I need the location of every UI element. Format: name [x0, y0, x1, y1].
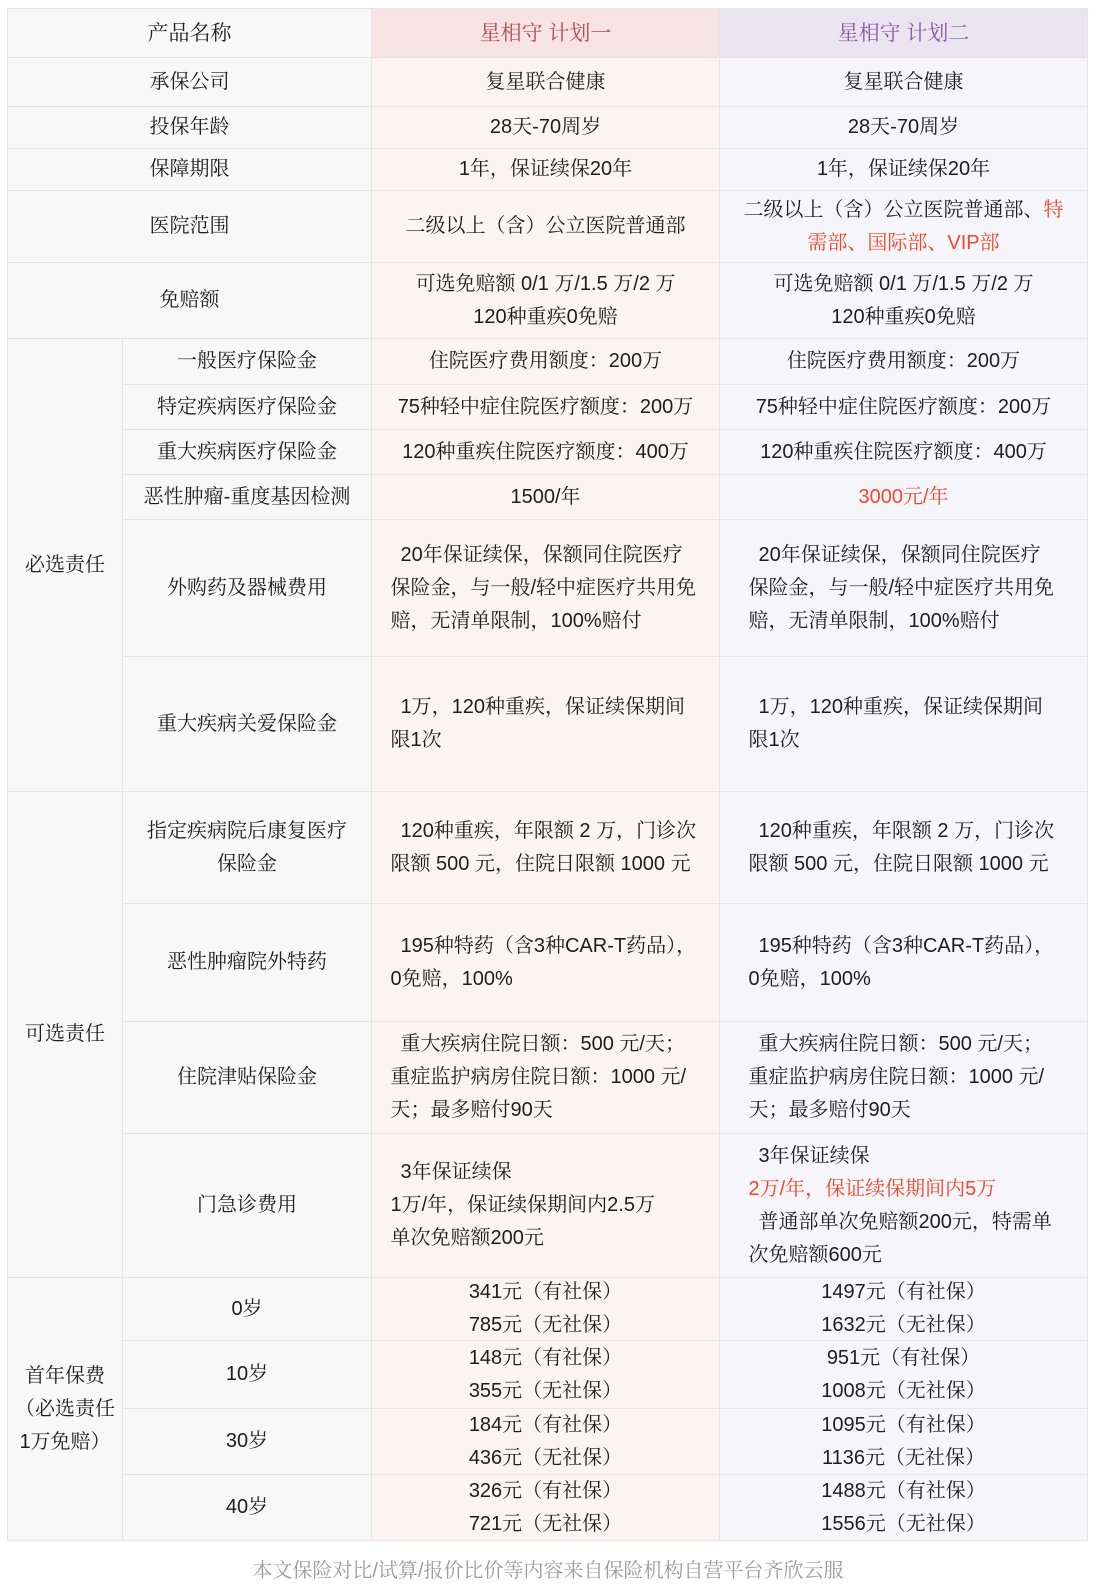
- age-10-label: 10岁: [123, 1341, 372, 1409]
- plan2-hospital-allowance: 重大疾病住院日额：500 元/天；重症监护病房住院日额：1000 元/天；最多赔…: [720, 1022, 1088, 1134]
- plan1-specific-disease: 75种轻中症住院医疗额度：200万: [372, 385, 720, 430]
- plan2-external-drug: 20年保证续保，保额同住院医疗保险金，与一般/轻中症医疗共用免赔，无清单限制，1…: [720, 520, 1088, 657]
- age-30-label: 30岁: [123, 1409, 372, 1475]
- outpatient-emergency-label: 门急诊费用: [123, 1134, 372, 1278]
- plan1-coverage-term: 1年，保证续保20年: [372, 149, 720, 191]
- plan1-deductible: 可选免赔额 0/1 万/1.5 万/2 万 120种重疾0免赔: [372, 263, 720, 339]
- plan2-special-drug: 195种特药（含3种CAR-T药品），0免赔，100%: [720, 904, 1088, 1022]
- plan1-hospital-allowance: 重大疾病住院日额：500 元/天；重症监护病房住院日额：1000 元/天；最多赔…: [372, 1022, 720, 1134]
- insurer-label: 承保公司: [8, 58, 372, 107]
- age-0-label: 0岁: [123, 1278, 372, 1341]
- plan1-entry-age: 28天-70周岁: [372, 107, 720, 149]
- deductible-line1: 可选免赔额 0/1 万/1.5 万/2 万: [415, 268, 675, 301]
- plan1-rehab-medical: 120种重疾，年限额 2 万，门诊次限额 500 元，住院日限额 1000 元: [372, 792, 720, 904]
- plan1-insurer: 复星联合健康: [372, 58, 720, 107]
- critical-care-benefit-label: 重大疾病关爱保险金: [123, 657, 372, 792]
- plan1-premium-age-30: 184元（有社保） 436元（无社保）: [372, 1409, 720, 1475]
- plan2-rehab-medical: 120种重疾，年限额 2 万，门诊次限额 500 元，住院日限额 1000 元: [720, 792, 1088, 904]
- coverage-term-label: 保障期限: [8, 149, 372, 191]
- external-drug-label: 外购药及器械费用: [123, 520, 372, 657]
- plan1-hospital-scope: 二级以上（含）公立医院普通部: [372, 191, 720, 263]
- plan1-critical-illness-medical: 120种重疾住院医疗额度：400万: [372, 430, 720, 475]
- plan2-premium-age-10: 951元（有社保） 1008元（无社保）: [720, 1341, 1088, 1409]
- deductible-line1: 可选免赔额 0/1 万/1.5 万/2 万: [773, 268, 1033, 301]
- general-medical-label: 一般医疗保险金: [123, 339, 372, 385]
- special-drug-label: 恶性肿瘤院外特药: [123, 904, 372, 1022]
- plan1-general-medical: 住院医疗费用额度：200万: [372, 339, 720, 385]
- plan2-entry-age: 28天-70周岁: [720, 107, 1088, 149]
- insurance-comparison-table: 产品名称 星相守 计划一 星相守 计划二 承保公司 复星联合健康 复星联合健康 …: [7, 8, 1089, 1541]
- plan2-general-medical: 住院医疗费用额度：200万: [720, 339, 1088, 385]
- plan1-header: 星相守 计划一: [372, 9, 720, 58]
- source-note: 本文保险对比/试算/报价比价等内容来自保险机构自营平台齐欣云服: [0, 1554, 1096, 1583]
- plan2-premium-age-0: 1497元（有社保） 1632元（无社保）: [720, 1278, 1088, 1341]
- entry-age-label: 投保年龄: [8, 107, 372, 149]
- product-name-label: 产品名称: [8, 9, 372, 58]
- premium-group-label: 首年保费 （必选责任 1万免赔）: [8, 1278, 123, 1541]
- hospital-scope-label: 医院范围: [8, 191, 372, 263]
- plan1-premium-age-0: 341元（有社保） 785元（无社保）: [372, 1278, 720, 1341]
- critical-illness-medical-label: 重大疾病医疗保险金: [123, 430, 372, 475]
- age-40-label: 40岁: [123, 1475, 372, 1541]
- deductible-label: 免赔额: [8, 263, 372, 339]
- gene-test-label: 恶性肿瘤-重度基因检测: [123, 475, 372, 520]
- plan2-critical-illness-medical: 120种重疾住院医疗额度：400万: [720, 430, 1088, 475]
- plan2-outpatient-emergency: 3年保证续保 2万/年，保证续保期间内5万 普通部单次免赔额200元，特需单次免…: [720, 1134, 1088, 1278]
- plan2-critical-care-benefit: 1万，120种重疾，保证续保期间限1次: [720, 657, 1088, 792]
- required-group-label: 必选责任: [8, 339, 123, 792]
- deductible-line2: 120种重疾0免赔: [473, 301, 618, 334]
- plan1-external-drug: 20年保证续保，保额同住院医疗保险金，与一般/轻中症医疗共用免赔，无清单限制，1…: [372, 520, 720, 657]
- plan2-hospital-scope: 二级以上（含）公立医院普通部、特需部、国际部、VIP部: [720, 191, 1088, 263]
- hospital-scope-normal: 二级以上（含）公立医院普通部、: [744, 199, 1044, 221]
- plan2-insurer: 复星联合健康: [720, 58, 1088, 107]
- plan1-premium-age-40: 326元（有社保） 721元（无社保）: [372, 1475, 720, 1541]
- plan2-premium-age-40: 1488元（有社保） 1556元（无社保）: [720, 1475, 1088, 1541]
- plan2-coverage-term: 1年，保证续保20年: [720, 149, 1088, 191]
- plan1-outpatient-emergency: 3年保证续保 1万/年，保证续保期间内2.5万 单次免赔额200元: [372, 1134, 720, 1278]
- optional-group-label: 可选责任: [8, 792, 123, 1278]
- rehab-medical-label: 指定疾病院后康复医疗保险金: [123, 792, 372, 904]
- plan1-critical-care-benefit: 1万，120种重疾，保证续保期间限1次: [372, 657, 720, 792]
- deductible-line2: 120种重疾0免赔: [831, 301, 976, 334]
- plan1-premium-age-10: 148元（有社保） 355元（无社保）: [372, 1341, 720, 1409]
- plan2-deductible: 可选免赔额 0/1 万/1.5 万/2 万 120种重疾0免赔: [720, 263, 1088, 339]
- hospital-allowance-label: 住院津贴保险金: [123, 1022, 372, 1134]
- plan1-gene-test: 1500/年: [372, 475, 720, 520]
- specific-disease-label: 特定疾病医疗保险金: [123, 385, 372, 430]
- plan2-specific-disease: 75种轻中症住院医疗额度：200万: [720, 385, 1088, 430]
- plan2-gene-test: 3000元/年: [720, 475, 1088, 520]
- plan1-special-drug: 195种特药（含3种CAR-T药品），0免赔，100%: [372, 904, 720, 1022]
- plan2-header: 星相守 计划二: [720, 9, 1088, 58]
- outpatient-highlight: 2万/年，保证续保期间内5万: [749, 1173, 1059, 1206]
- plan2-premium-age-30: 1095元（有社保） 1136元（无社保）: [720, 1409, 1088, 1475]
